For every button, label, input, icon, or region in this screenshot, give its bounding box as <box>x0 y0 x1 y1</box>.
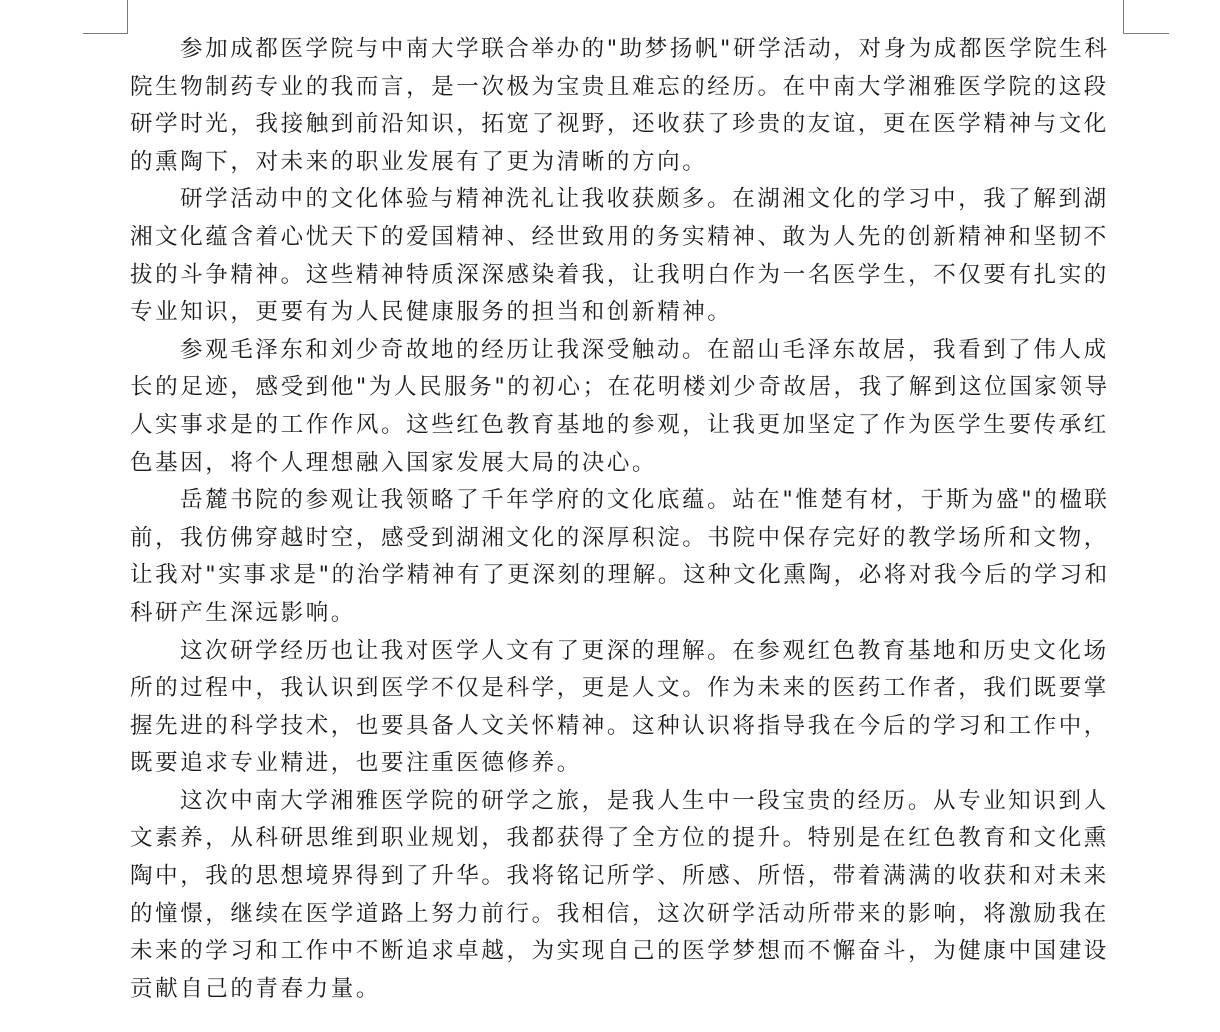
text-line: 的憧憬，继续在医学道路上努力前行。我相信，这次研学活动所带来的影响，将激励我在 <box>130 896 1130 934</box>
text-line: 拔的斗争精神。这些精神特质深深感染着我，让我明白作为一名医学生，不仅要有扎实的 <box>130 257 1130 295</box>
text-line: 岳麓书院的参观让我领略了千年学府的文化底蕴。站在"惟楚有材，于斯为盛"的楹联 <box>130 482 1130 520</box>
text-line: 院生物制药专业的我而言，是一次极为宝贵且难忘的经历。在中南大学湘雅医学院的这段 <box>130 69 1130 107</box>
text-line: 握先进的科学技术，也要具备人文关怀精神。这种认识将指导我在今后的学习和工作中， <box>130 708 1130 746</box>
text-line: 的熏陶下，对未来的职业发展有了更为清晰的方向。 <box>130 144 1130 182</box>
crop-mark-top-left <box>83 0 128 34</box>
document-body: 参加成都医学院与中南大学联合举办的"助梦扬帆"研学活动，对身为成都医学院生科 院… <box>130 31 1130 1008</box>
text-line: 研学时光，我接触到前沿知识，拓宽了视野，还收获了珍贵的友谊，更在医学精神与文化 <box>130 106 1130 144</box>
text-line: 研学活动中的文化体验与精神洗礼让我收获颇多。在湖湘文化的学习中，我了解到湖 <box>130 181 1130 219</box>
text-line: 陶中，我的思想境界得到了升华。我将铭记所学、所感、所悟，带着满满的收获和对未来 <box>130 858 1130 896</box>
paragraph-3: 参观毛泽东和刘少奇故地的经历让我深受触动。在韶山毛泽东故居，我看到了伟人成 长的… <box>130 332 1130 482</box>
text-line: 参观毛泽东和刘少奇故地的经历让我深受触动。在韶山毛泽东故居，我看到了伟人成 <box>130 332 1130 370</box>
text-line: 文素养，从科研思维到职业规划，我都获得了全方位的提升。特别是在红色教育和文化熏 <box>130 820 1130 858</box>
text-line: 长的足迹，感受到他"为人民服务"的初心；在花明楼刘少奇故居，我了解到这位国家领导 <box>130 369 1130 407</box>
text-line: 未来的学习和工作中不断追求卓越，为实现自己的医学梦想而不懈奋斗，为健康中国建设 <box>130 933 1130 971</box>
text-line: 让我对"实事求是"的治学精神有了更深刻的理解。这种文化熏陶，必将对我今后的学习和 <box>130 557 1130 595</box>
text-line: 参加成都医学院与中南大学联合举办的"助梦扬帆"研学活动，对身为成都医学院生科 <box>130 31 1130 69</box>
paragraph-2: 研学活动中的文化体验与精神洗礼让我收获颇多。在湖湘文化的学习中，我了解到湖 湘文… <box>130 181 1130 331</box>
text-line: 既要追求专业精进，也要注重医德修养。 <box>130 745 1130 783</box>
text-line: 人实事求是的工作作风。这些红色教育基地的参观，让我更加坚定了作为医学生要传承红 <box>130 407 1130 445</box>
text-line: 这次中南大学湘雅医学院的研学之旅，是我人生中一段宝贵的经历。从专业知识到人 <box>130 783 1130 821</box>
crop-mark-top-right <box>1123 0 1169 34</box>
paragraph-4: 岳麓书院的参观让我领略了千年学府的文化底蕴。站在"惟楚有材，于斯为盛"的楹联 前… <box>130 482 1130 632</box>
text-line: 贡献自己的青春力量。 <box>130 971 1130 1009</box>
text-line: 科研产生深远影响。 <box>130 595 1130 633</box>
paragraph-6: 这次中南大学湘雅医学院的研学之旅，是我人生中一段宝贵的经历。从专业知识到人 文素… <box>130 783 1130 1009</box>
text-line: 湘文化蕴含着心忧天下的爱国精神、经世致用的务实精神、敢为人先的创新精神和坚韧不 <box>130 219 1130 257</box>
text-line: 所的过程中，我认识到医学不仅是科学，更是人文。作为未来的医药工作者，我们既要掌 <box>130 670 1130 708</box>
paragraph-5: 这次研学经历也让我对医学人文有了更深的理解。在参观红色教育基地和历史文化场 所的… <box>130 633 1130 783</box>
paragraph-1: 参加成都医学院与中南大学联合举办的"助梦扬帆"研学活动，对身为成都医学院生科 院… <box>130 31 1130 181</box>
text-line: 这次研学经历也让我对医学人文有了更深的理解。在参观红色教育基地和历史文化场 <box>130 633 1130 671</box>
text-line: 色基因，将个人理想融入国家发展大局的决心。 <box>130 445 1130 483</box>
text-line: 前，我仿佛穿越时空，感受到湖湘文化的深厚积淀。书院中保存完好的教学场所和文物， <box>130 520 1130 558</box>
text-line: 专业知识，更要有为人民健康服务的担当和创新精神。 <box>130 294 1130 332</box>
